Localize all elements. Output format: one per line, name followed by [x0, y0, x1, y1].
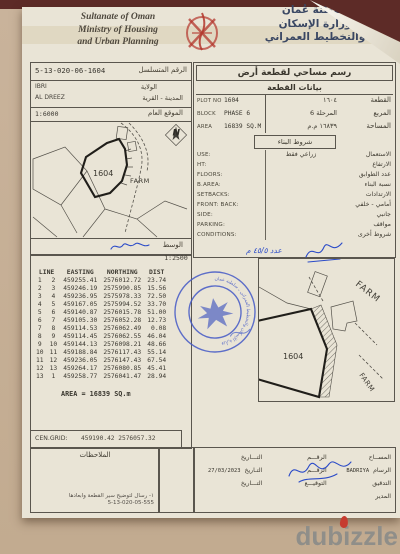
coords-row: 45459167.052575994.5233.70 — [33, 301, 169, 309]
general-location-row: 1:6000 الموقع العام — [31, 107, 191, 122]
condition-label-en: FLOORS: — [197, 172, 223, 178]
document-title: رسم مساحي لقطعة أرض — [196, 65, 393, 81]
notes-title: الملاحظات — [31, 451, 159, 459]
condition-row: FRONT: BACK:أمامي - خلفي — [194, 200, 395, 210]
coords-cell: 459236.95 — [60, 293, 100, 301]
coords-row: 12459255.412576012.7223.74 — [33, 277, 169, 285]
condition-label-ar: الارتفاع — [372, 161, 391, 168]
wilaya-label: الولاية — [141, 83, 157, 91]
coords-cell: 2575990.85 — [100, 285, 144, 293]
serial-label: الرقم المتسلسل — [138, 66, 187, 74]
detail-map-plot-label: 1604 — [283, 352, 303, 361]
coords-header-easting: EASTING — [60, 268, 100, 277]
coords-row: 67459105.302576052.2812.73 — [33, 317, 169, 325]
coords-cell: 8 — [33, 333, 47, 341]
general-location-label: الموقع العام — [148, 109, 183, 117]
coords-cell: 2576012.72 — [100, 277, 144, 285]
note-line: ١- رسال لتوضيح سير القطعة وابعادها — [36, 493, 154, 500]
coords-cell: 46.04 — [144, 333, 169, 341]
coords-cell: 2576117.43 — [100, 349, 144, 357]
condition-label-ar: مواقف — [373, 221, 391, 228]
location-map-plot-label: 1604 — [93, 169, 113, 178]
official-stamp: وزارة الإسكان والتخطيط العمراني ـ سلطنة … — [165, 262, 264, 361]
coords-row: 1011459188.842576117.4355.14 — [33, 349, 169, 357]
coords-cell: 8 — [47, 325, 61, 333]
coords-row: 56459140.872576015.7851.00 — [33, 309, 169, 317]
condition-label-en: B.AREA: — [197, 182, 221, 188]
building-conditions-title: شروط البناء — [254, 135, 336, 149]
plot-info-value-en: PHASE 6 — [224, 110, 250, 117]
signature-cell-label: المدير — [375, 493, 391, 500]
condition-label-en: SETBACKS: — [197, 192, 230, 198]
empty-box — [158, 447, 195, 513]
signature-cell: المدير — [198, 493, 391, 500]
coords-cell: 3 — [47, 285, 61, 293]
plot-info-row: PLOT NO1604١٦٠٤القطعة — [194, 94, 395, 107]
coords-cell: 2575978.33 — [100, 293, 144, 301]
condition-row: PARKING:مواقف — [194, 220, 395, 230]
condition-row: USE:زراعي فقطالاستعمال — [194, 150, 395, 160]
condition-row: SIDE:جانبي — [194, 210, 395, 220]
coords-cell: 2576015.78 — [100, 309, 144, 317]
coords-cell: 2 — [47, 277, 61, 285]
coords-cell: 9 — [33, 341, 47, 349]
notes-box: الملاحظات ١- رسال لتوضيح سير القطعة وابع… — [30, 447, 160, 513]
condition-label-en: FRONT: BACK: — [197, 202, 239, 208]
cen-grid-label: CEN.GRID: — [35, 435, 68, 442]
plot-data-subtitle: بيانات القطعة — [196, 81, 393, 95]
coords-cell: 1 — [33, 277, 47, 285]
condition-label-ar: شروط أخرى — [358, 231, 391, 238]
coords-cell: 4 — [47, 293, 61, 301]
coords-cell: 13 — [47, 365, 61, 373]
condition-label-ar: الاستعمال — [366, 151, 391, 158]
signature-cell-value: 27/03/2023 — [208, 468, 240, 474]
coords-row: 1112459236.052576147.4367.54 — [33, 357, 169, 365]
coords-cell: 13 — [33, 373, 47, 381]
coords-cell: 2576098.21 — [100, 341, 144, 349]
coords-cell: 7 — [33, 325, 47, 333]
right-panel: رسم مساحي لقطعة أرض بيانات القطعة PLOT N… — [193, 62, 396, 258]
signature-cell-label: التدقيق — [372, 480, 391, 487]
coords-cell: 10 — [33, 349, 47, 357]
coords-table: LINE EASTING NORTHING DIST 12459255.4125… — [33, 268, 169, 381]
plot-info-label-en: PLOT NO — [197, 98, 222, 104]
watermark: dubizzle — [295, 519, 398, 553]
condition-label-en: PARKING: — [197, 222, 225, 228]
stamp-star — [195, 296, 235, 331]
coords-cell: 7 — [47, 317, 61, 325]
coords-cell: 10 — [47, 341, 61, 349]
location-map-farm-label: FARM — [130, 177, 150, 185]
plot-info-row: AREA16839 SQ.M١٦٨٣٩ م.مالمساحة — [194, 120, 395, 133]
town-value: AL DREEZ — [35, 94, 65, 101]
coords-cell: 5 — [47, 301, 61, 309]
coords-cell: 459114.53 — [60, 325, 100, 333]
coords-table-head: LINE EASTING NORTHING DIST — [33, 268, 169, 277]
plot-info-row: BLOCKPHASE 6المرحلة 6المربع — [194, 107, 395, 120]
conditions-divider — [265, 150, 266, 240]
condition-label-ar: أمامي - خلفي — [355, 201, 391, 208]
coords-cell: 51.00 — [144, 309, 169, 317]
coords-cell: 12 — [47, 357, 61, 365]
coords-cell: 459105.30 — [60, 317, 100, 325]
ministry-title-en-line: and Urban Planning — [52, 36, 184, 49]
coords-cell: 459258.77 — [60, 373, 100, 381]
coords-cell: 2575994.52 — [100, 301, 144, 309]
coords-cell: 2 — [33, 285, 47, 293]
coords-cell: 45.41 — [144, 365, 169, 373]
page-curl-shadow — [312, 0, 400, 42]
coords-header-northing: NORTHING — [100, 268, 144, 277]
coords-cell: 1 — [47, 373, 61, 381]
signature-cell: التـاريخ27/03/2023 — [198, 467, 262, 474]
coords-cell: 72.50 — [144, 293, 169, 301]
handwritten-note: عدد ٤٥/٥ م — [246, 246, 282, 255]
coords-cell: 2576062.55 — [100, 333, 144, 341]
general-location-scale: 1:6000 — [35, 110, 58, 118]
coords-cell: 459140.87 — [60, 309, 100, 317]
coords-cell: 55.14 — [144, 349, 169, 357]
plot-info-value-en: 1604 — [224, 97, 239, 104]
condition-label-ar: نسبة البناء — [364, 181, 391, 188]
coords-cell: 9 — [47, 333, 61, 341]
wilaya-value: IBRI — [35, 83, 47, 90]
ministry-title-en: Sultanate of OmanMinistry of Housingand … — [52, 11, 184, 49]
coords-cell: 48.66 — [144, 341, 169, 349]
coords-cell: 2576062.49 — [100, 325, 144, 333]
coords-row: 34459236.952575978.3372.50 — [33, 293, 169, 301]
coords-cell: 2576147.43 — [100, 357, 144, 365]
center-scribble — [109, 240, 153, 253]
coords-cell: 459246.19 — [60, 285, 100, 293]
coords-cell: 2576041.47 — [100, 373, 144, 381]
coords-cell: 33.70 — [144, 301, 169, 309]
coords-cell: 459264.17 — [60, 365, 100, 373]
condition-label-en: CONDITIONS: — [197, 232, 237, 238]
condition-row: HT:الارتفاع — [194, 160, 395, 170]
north-letter: N — [173, 129, 181, 139]
coords-row: 910459144.132576098.2148.66 — [33, 341, 169, 349]
oman-emblem-icon — [181, 7, 223, 53]
survey-document-photo: Sultanate of OmanMinistry of Housingand … — [0, 0, 400, 554]
detail-map-farm-bottom: FARM — [357, 372, 376, 394]
condition-label-ar: جانبي — [377, 211, 391, 218]
ministry-title-en-line: Ministry of Housing — [52, 24, 184, 37]
coords-cell: 0.08 — [144, 325, 169, 333]
plot-info-value-en: 16839 SQ.M — [224, 123, 261, 130]
detail-map-farm-top: FARM — [353, 279, 382, 304]
condition-label-en: HT: — [197, 162, 207, 168]
condition-row: CONDITIONS:شروط أخرى — [194, 230, 395, 240]
plot-info-label-ar: القطعة — [371, 96, 392, 104]
coords-cell: 2576052.28 — [100, 317, 144, 325]
coords-cell: 11 — [47, 349, 61, 357]
left-panel: 5-13-020-06-1604 الرقم المتسلسل IBRI AL … — [30, 62, 192, 255]
coords-cell: 2576080.85 — [100, 365, 144, 373]
coords-cell: 5 — [33, 309, 47, 317]
detail-map: 1604 FARM FARM — [259, 259, 392, 399]
center-label: الوسط — [163, 241, 183, 249]
signature-row: المدير — [198, 490, 391, 503]
coords-cell: 3 — [33, 293, 47, 301]
coords-cell: 459236.05 — [60, 357, 100, 365]
plot-info-divider — [265, 94, 266, 133]
condition-row: FLOORS:عدد الطوابق — [194, 170, 395, 180]
plot-info-label-ar: المربع — [373, 109, 391, 117]
coords-cell: 459167.05 — [60, 301, 100, 309]
coords-cell: 4 — [33, 301, 47, 309]
plot-info-label-en: BLOCK — [197, 111, 216, 117]
detail-map-panel: 1604 FARM FARM — [258, 258, 395, 402]
coords-cell: 6 — [33, 317, 47, 325]
conditions-rows: USE:زراعي فقطالاستعمالHT:الارتفاعFLOORS:… — [194, 150, 395, 240]
coords-row: 78459114.532576062.490.08 — [33, 325, 169, 333]
ministry-title-en-line: Sultanate of Oman — [52, 11, 184, 24]
coords-row: 1213459264.172576080.8545.41 — [33, 365, 169, 373]
wilaya-row: IBRI AL DREEZ الولاية المدينة - القرية — [31, 80, 191, 108]
condition-label-ar: الارتدادات — [366, 191, 391, 198]
coords-row: 89459114.452576062.5546.04 — [33, 333, 169, 341]
coords-cell: 15.56 — [144, 285, 169, 293]
serial-row: 5-13-020-06-1604 الرقم المتسلسل — [31, 63, 191, 81]
signature-cell-label: التـاريخ — [244, 467, 262, 474]
plot-info-value-ar: ١٦٠٤ — [323, 96, 337, 104]
condition-label-en: SIDE: — [197, 212, 213, 218]
coords-row: 131459258.772576041.4728.94 — [33, 373, 169, 381]
coords-cell: 459114.45 — [60, 333, 100, 341]
plot-info-rows: PLOT NO1604١٦٠٤القطعةBLOCKPHASE 6المرحلة… — [194, 94, 395, 133]
condition-label-en: USE: — [197, 152, 211, 158]
coords-cell: 459144.13 — [60, 341, 100, 349]
plot-info-value-ar: المرحلة 6 — [310, 109, 337, 117]
plot-info-value-ar: ١٦٨٣٩ م.م — [307, 122, 337, 130]
coords-cell: 6 — [47, 309, 61, 317]
coords-cell: 459188.84 — [60, 349, 100, 357]
north-compass-icon: N — [164, 123, 188, 147]
plot-info-label-en: AREA — [197, 124, 212, 130]
signature-cell-label: التـــاريخ — [241, 480, 263, 487]
coords-header-line: LINE — [33, 268, 60, 277]
condition-row: B.AREA:نسبة البناء — [194, 180, 395, 190]
map-footer-row: الوسط — [31, 238, 191, 254]
coords-cell: 11 — [33, 357, 47, 365]
signature-cell-label: التـــاريخ — [241, 454, 263, 461]
coords-cell: 28.94 — [144, 373, 169, 381]
coords-cell: 12.73 — [144, 317, 169, 325]
signature-scribble — [285, 452, 355, 488]
signature-cell-label: الرسام — [373, 467, 391, 474]
signature-cell: التـــاريخ — [198, 480, 262, 487]
condition-label-ar: عدد الطوابق — [359, 171, 391, 178]
coords-row: 23459246.192575990.8515.56 — [33, 285, 169, 293]
condition-row: SETBACKS:الارتدادات — [194, 190, 395, 200]
area-note: AREA = 16839 SQ.m — [61, 390, 131, 398]
condition-value: زراعي فقط — [270, 151, 332, 158]
detail-map-scale: 1:2500 — [150, 254, 202, 262]
note-line: 5-13-020-05-555 — [36, 500, 154, 507]
coords-cell: 12 — [33, 365, 47, 373]
signature-cell-label: المســاح — [369, 454, 391, 461]
coords-cell: 459255.41 — [60, 277, 100, 285]
notes-lines: ١- رسال لتوضيح سير القطعة وابعادها5-13-0… — [36, 493, 154, 507]
town-label: المدينة - القرية — [142, 94, 183, 102]
serial-number: 5-13-020-06-1604 — [35, 66, 105, 75]
signature-cell: التـــاريخ — [198, 454, 262, 461]
cen-grid-value: 459190.42 2576057.32 — [81, 435, 156, 442]
plot-info-label-ar: المساحة — [366, 122, 391, 130]
coords-cell: 67.54 — [144, 357, 169, 365]
coords-table-body: 12459255.412576012.7223.7423459246.19257… — [33, 277, 169, 381]
